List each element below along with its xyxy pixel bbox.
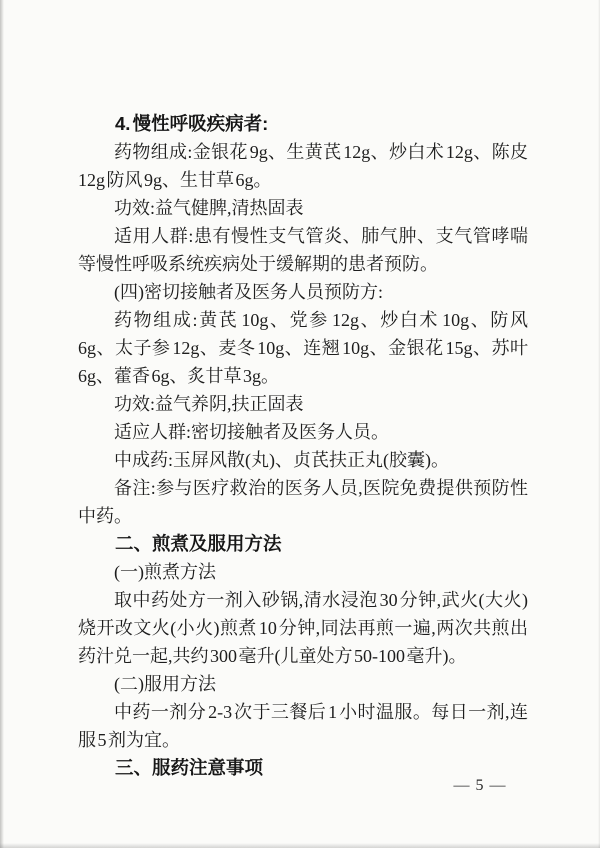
para-composition-contacts: 药物组成:黄芪 10g、党参 12g、炒白术 10g、防风 6g、太子参 12g… (78, 306, 528, 390)
page-number: — 5 — (450, 776, 510, 796)
para-applicable-group-contacts: 适应人群:密切接触者及医务人员。 (78, 418, 528, 446)
scanned-document-page: 4. 慢性呼吸疾病者: 药物组成:金银花 9g、生黄芪 12g、炒白术 12g、… (0, 0, 600, 848)
para-efficacy-chronic: 功效:益气健脾,清热固表 (78, 194, 528, 222)
para-subsection-four-contacts-staff: (四)密切接触者及医务人员预防方: (78, 278, 528, 306)
section-heading-decoction-and-usage: 二、煎煮及服用方法 (78, 530, 528, 558)
document-body: 4. 慢性呼吸疾病者: 药物组成:金银花 9g、生黄芪 12g、炒白术 12g、… (78, 110, 528, 782)
para-composition-chronic: 药物组成:金银花 9g、生黄芪 12g、炒白术 12g、陈皮 12g 防风 9g… (78, 138, 528, 194)
para-applicable-group-chronic: 适用人群:患有慢性支气管炎、肺气肿、支气管哮喘等慢性呼吸系统疾病处于缓解期的患者… (78, 222, 528, 278)
para-efficacy-contacts: 功效:益气养阴,扶正固表 (78, 390, 528, 418)
para-note-free-medicine: 备注:参与医疗救治的医务人员,医院免费提供预防性中药。 (78, 474, 528, 530)
scan-left-edge-shadow (0, 0, 4, 848)
section-heading-chronic-respiratory: 4. 慢性呼吸疾病者: (78, 110, 528, 138)
para-chinese-patent-medicine: 中成药:玉屏风散(丸)、贞芪扶正丸(胶囊)。 (78, 446, 528, 474)
scan-bottom-edge-shadow (0, 843, 600, 848)
para-decoction-instructions: 取中药处方一剂入砂锅,清水浸泡 30 分钟,武火(大火)烧开改文火(小火)煎煮 … (78, 586, 528, 670)
para-subsection-decoction-method: (一)煎煮方法 (78, 558, 528, 586)
para-taking-instructions: 中药一剂分 2-3 次于三餐后 1 小时温服。每日一剂,连服 5 剂为宜。 (78, 698, 528, 754)
para-subsection-taking-method: (二)服用方法 (78, 670, 528, 698)
